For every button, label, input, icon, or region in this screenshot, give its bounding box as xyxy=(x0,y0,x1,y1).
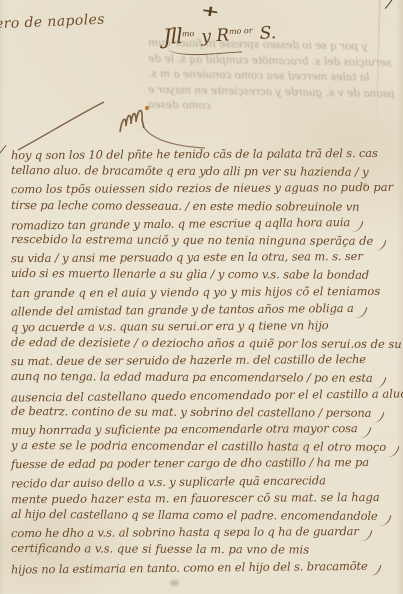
line-end-flourish xyxy=(369,562,381,577)
text-line: aunq no tenga. la edad madura pa encomen… xyxy=(11,368,403,387)
folio-number: 7 xyxy=(382,0,394,13)
line-end-flourish xyxy=(352,219,364,234)
text-line: de beatrz. contino de su mat. y sobrino … xyxy=(11,403,403,422)
text-line: tan grande q en el auia y viendo q yo y … xyxy=(11,282,403,302)
cross-mark: + xyxy=(200,1,221,22)
manuscript-page: ero de napoles + 7 Jllmoy Rmo orS. y por… xyxy=(0,0,403,594)
text-line: uido si es muerto llenarle a su glia / y… xyxy=(11,265,403,284)
margin-slash: / xyxy=(0,143,6,159)
line-end-flourish xyxy=(359,425,371,440)
text-line: fuesse de edad pa poder tener cargo de d… xyxy=(11,454,403,474)
text-line: hijos no la estimaria en tanto. como en … xyxy=(11,557,403,578)
salutation-sup-mo-or: mo or xyxy=(229,26,253,36)
text-line: certificando a v.s. que si fuesse la m. … xyxy=(11,540,403,559)
letter-body: hoy q son los 10 del pñte he tenido cãs … xyxy=(11,146,403,576)
ink-speck-orange xyxy=(145,106,149,110)
ink-speck xyxy=(363,183,367,187)
text-line: mente puedo hazer esta m. en fauorescer … xyxy=(11,489,403,509)
docket-annotation: ero de napoles xyxy=(0,12,105,33)
text-line: tirse pa leche como desseaua. / en este … xyxy=(11,197,403,216)
text-line: como los tpõs ouiessen sido rezios de ni… xyxy=(11,179,403,199)
ink-smudge xyxy=(170,580,179,586)
